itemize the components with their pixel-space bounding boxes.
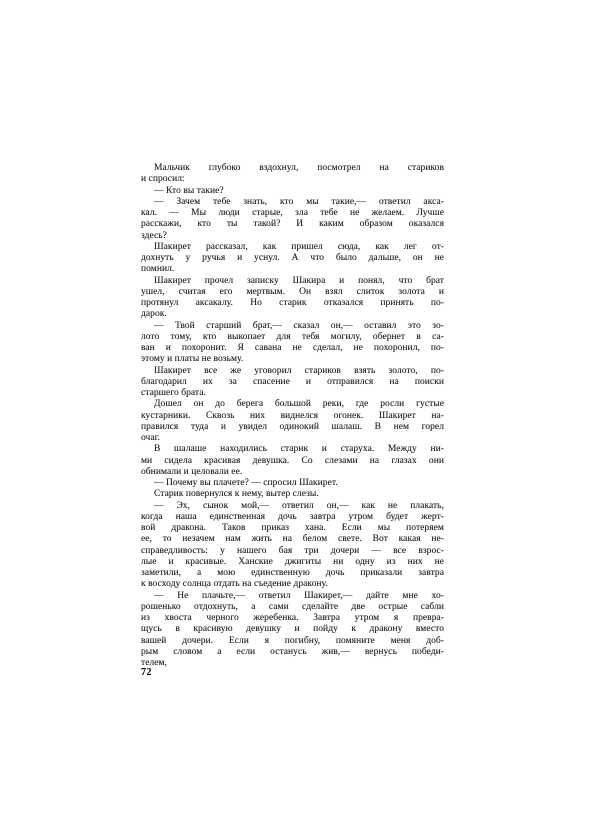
text-line: лото тому, кто выкопает для тебя могилу,… (141, 332, 444, 343)
text-line: рым словом а если останусь жив,— вернусь… (141, 647, 444, 658)
text-line: обнимали и целовали ее. (141, 467, 444, 478)
text-line: вой дракона. Таков приказ хана. Если мы … (141, 523, 444, 534)
text-line: — Твой старший брат,— сказал он,— остави… (141, 321, 444, 332)
text-line: В шалаше находились старик и старуха. Ме… (141, 444, 444, 455)
text-line: правился туда и увидел одинокий шалаш. В… (141, 422, 444, 433)
text-line: Шакирет прочел записку Шакира и понял, ч… (141, 276, 444, 287)
text-line: — Эх, сынок мой,— ответил он,— как не пл… (141, 501, 444, 512)
text-line: дарок. (141, 309, 444, 320)
text-line: заметили, а мою единственную дочь приказ… (141, 568, 444, 579)
text-line: кустарники. Сквозь них виднелся огонек. … (141, 411, 444, 422)
text-line: когда наша единственная дочь завтра утро… (141, 512, 444, 523)
text-line: помнил. (141, 264, 444, 275)
text-line: из хвоста черного жеребенка. Завтра утро… (141, 613, 444, 624)
text-line: расскажи, кто ты такой? И каким образом … (141, 219, 444, 230)
text-line: очаг. (141, 433, 444, 444)
text-line: кал. — Мы люди старые, зла тебе не желае… (141, 208, 444, 219)
text-line: Дошел он до берега большой реки, где рос… (141, 399, 444, 410)
text-line: Мальчик глубоко вздохнул, посмотрел на с… (141, 163, 444, 174)
text-line: телем, (141, 658, 444, 669)
text-line: вашей дочери. Если я погибну, помяните м… (141, 636, 444, 647)
text-line: — Не плачьте,— ответил Шакирет,— дайте м… (141, 591, 444, 602)
text-line: здесь? (141, 231, 444, 242)
text-line: лые и красивые. Ханские джигиты ни одну … (141, 557, 444, 568)
text-line: Шакирет рассказал, как пришел сюда, как … (141, 242, 444, 253)
text-line: ее, то незачем нам жить на белом свете. … (141, 534, 444, 545)
text-line: рошенько отдохнуть, а сами сделайте две … (141, 602, 444, 613)
text-line: ушел, считая его мертвым. Он взял слиток… (141, 287, 444, 298)
text-line: к восходу солнца отдать на съедение драк… (141, 579, 444, 590)
text-line: этому и платы не возьму. (141, 354, 444, 365)
text-line: щусь в красивую девушку и пойду к дракон… (141, 624, 444, 635)
text-line: справедливость: у нашего бая три дочери … (141, 546, 444, 557)
text-line: старшего брата. (141, 388, 444, 399)
page-number: 72 (141, 667, 152, 678)
text-line: и спросил: (141, 174, 444, 185)
page-text-block: Мальчик глубоко вздохнул, посмотрел на с… (141, 163, 444, 669)
text-line: Старик повернулся к нему, вытер слезы. (141, 489, 444, 500)
text-line: ван и похоронит. Я савана не сделал, не … (141, 343, 444, 354)
text-line: — Кто вы такие? (141, 186, 444, 197)
text-line: ми сидела красивая девушка. Со слезами н… (141, 456, 444, 467)
text-line: благодарил их за спасение и отправился н… (141, 377, 444, 388)
text-line: — Зачем тебе знать, кто мы такие,— ответ… (141, 197, 444, 208)
text-line: протянул аксакалу. Но старик отказался п… (141, 298, 444, 309)
text-line: дохнуть у ручья и уснул. А что было даль… (141, 253, 444, 264)
text-line: Шакирет все же уговорил стариков взять з… (141, 366, 444, 377)
text-line: — Почему вы плачете? — спросил Шакирет. (141, 478, 444, 489)
book-page: Мальчик глубоко вздохнул, посмотрел на с… (0, 0, 595, 818)
